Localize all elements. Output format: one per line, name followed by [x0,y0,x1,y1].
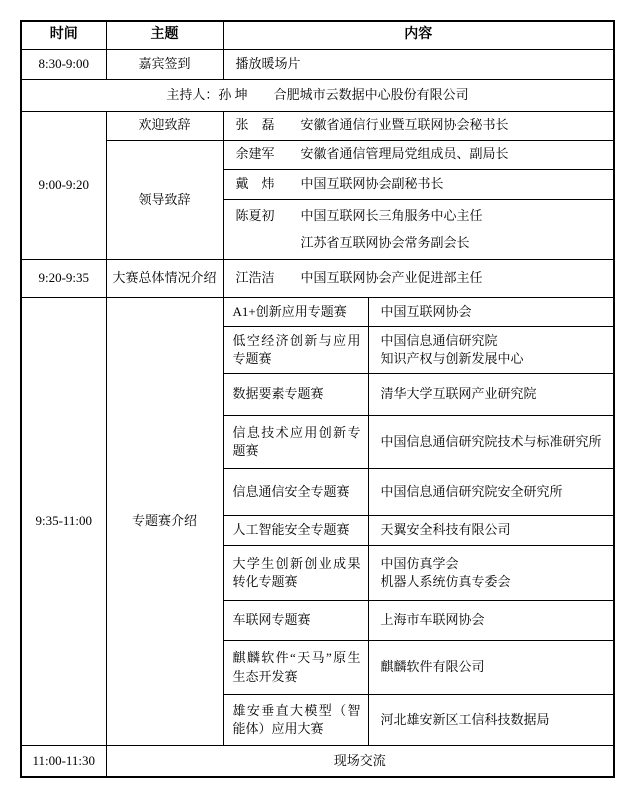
overview-content-cell: 江浩洁 中国互联网协会产业促进部主任 [223,260,614,298]
session-org-cell: 中国互联网协会 [368,298,614,327]
leader-content-cell: 戴 炜 中国互联网协会副秘书长 [223,169,614,199]
leader-content-cell: 余建军 安徽省通信管理局党组成员、副局长 [223,140,614,169]
signin-time-cell: 8:30-9:00 [21,49,106,79]
welcome-topic-cell: 欢迎致辞 [106,111,223,140]
header-time-cell: 时间 [21,21,106,49]
session-org-cell: 中国仿真学会 机器人系统仿真专委会 [368,546,614,601]
session-org-cell: 上海市车联网协会 [368,601,614,641]
session-name-cell: 数据要素专题赛 [223,374,368,416]
session-org-cell: 河北雄安新区工信科技数据局 [368,695,614,746]
host-row: 主持人：孙 坤 合肥城市云数据中心股份有限公司 [21,79,614,111]
session-name-cell: 低空经济创新与应用专题赛 [223,327,368,374]
overview-time-cell: 9:20-9:35 [21,260,106,298]
session-org-cell: 中国信息通信研究院 知识产权与创新发展中心 [368,327,614,374]
header-topic-cell: 主题 [106,21,223,49]
closing-row: 11:00-11:30 现场交流 [21,746,614,777]
session-org-cell: 中国信息通信研究院技术与标准研究所 [368,416,614,469]
session-org-cell: 清华大学互联网产业研究院 [368,374,614,416]
signin-topic-cell: 嘉宾签到 [106,49,223,79]
sessions-topic-cell: 专题赛介绍 [106,298,223,746]
leader-row: 领导致辞 余建军 安徽省通信管理局党组成员、副局长 [21,140,614,169]
session-org-cell: 中国信息通信研究院安全研究所 [368,469,614,516]
opening-time-cell: 9:00-9:20 [21,111,106,260]
session-name-cell: 大学生创新创业成果转化专题赛 [223,546,368,601]
header-row: 时间 主题 内容 [21,21,614,49]
session-row: 9:35-11:00 专题赛介绍 A1+创新应用专题赛 中国互联网协会 [21,298,614,327]
leader-content-cell: 陈夏初 中国互联网长三角服务中心主任 江苏省互联网协会常务副会长 [223,199,614,260]
header-content-cell: 内容 [223,21,614,49]
session-name-cell: A1+创新应用专题赛 [223,298,368,327]
signin-content-cell: 播放暖场片 [223,49,614,79]
host-cell: 主持人：孙 坤 合肥城市云数据中心股份有限公司 [21,79,614,111]
welcome-row: 9:00-9:20 欢迎致辞 张 磊 安徽省通信行业暨互联网协会秘书长 [21,111,614,140]
session-org-cell: 天翼安全科技有限公司 [368,516,614,546]
session-name-cell: 信息通信安全专题赛 [223,469,368,516]
session-name-cell: 麒麟软件“天马”原生生态开发赛 [223,641,368,695]
session-name-cell: 雄安垂直大模型（智能体）应用大赛 [223,695,368,746]
overview-topic-cell: 大赛总体情况介绍 [106,260,223,298]
session-name-cell: 信息技术应用创新专题赛 [223,416,368,469]
session-name-cell: 人工智能安全专题赛 [223,516,368,546]
leaders-topic-cell: 领导致辞 [106,140,223,260]
overview-row: 9:20-9:35 大赛总体情况介绍 江浩洁 中国互联网协会产业促进部主任 [21,260,614,298]
session-name-cell: 车联网专题赛 [223,601,368,641]
closing-content-cell: 现场交流 [106,746,614,777]
signin-row: 8:30-9:00 嘉宾签到 播放暖场片 [21,49,614,79]
sessions-time-cell: 9:35-11:00 [21,298,106,746]
agenda-table: 时间 主题 内容 8:30-9:00 嘉宾签到 播放暖场片 主持人：孙 坤 合肥… [20,20,615,778]
session-org-cell: 麒麟软件有限公司 [368,641,614,695]
agenda-page: 时间 主题 内容 8:30-9:00 嘉宾签到 播放暖场片 主持人：孙 坤 合肥… [0,0,631,792]
closing-time-cell: 11:00-11:30 [21,746,106,777]
welcome-content-cell: 张 磊 安徽省通信行业暨互联网协会秘书长 [223,111,614,140]
